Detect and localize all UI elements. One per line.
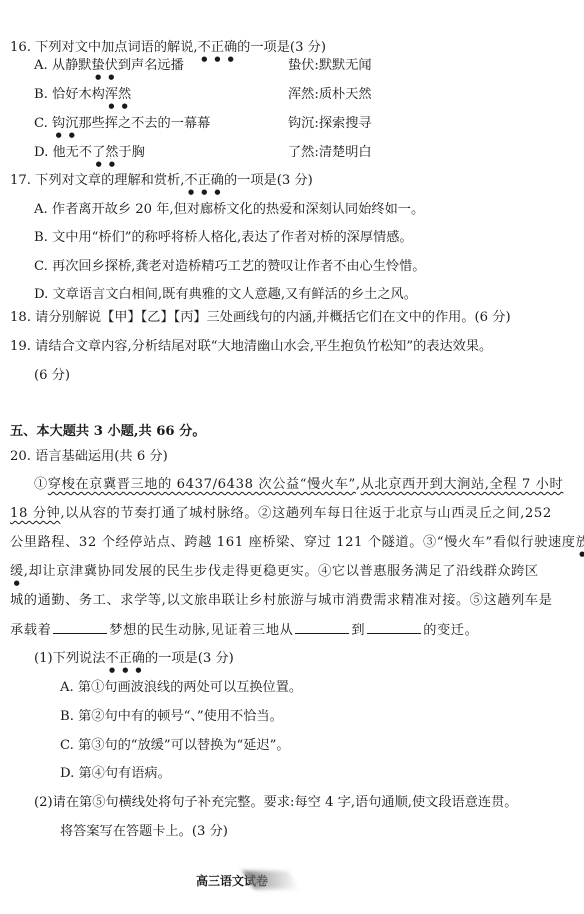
q16-option-b: B. 恰好木构浑然 [34, 86, 131, 110]
sub1-stem-pre: (1)下列说法 [34, 651, 105, 666]
q16-option-a-explain: 蛰伏:默默无闻 [288, 57, 372, 75]
q20-passage-line-4: 缓,却让京津冀协同发展的民生步伐走得更稳更实。④它以普惠服务满足了沿线群众跨区 [10, 563, 539, 587]
q16-option-d-explain: 了然:清楚明白 [288, 144, 372, 162]
q19-points: (6 分) [34, 367, 70, 385]
q16-option-b-explain: 浑然:质朴天然 [288, 86, 372, 104]
q20-passage-line-2: 18 分钟,以从容的节奏打通了城村脉络。②这趟列车每日往返于北京与山西灵丘之间,… [10, 505, 552, 523]
q20-sub1-stem: (1)下列说法不正确的一项是(3 分) [34, 650, 234, 674]
q20-sub1-option-c: C. 第③句的“放缓”可以替换为“延迟”。 [60, 737, 290, 755]
q17-option-d: D. 文章语言文白相间,既有典雅的文人意趣,又有鲜活的乡土之风。 [34, 286, 417, 304]
answer-blank-3 [367, 620, 421, 634]
q20-sub1-option-d: D. 第④句有语病。 [60, 765, 171, 783]
q20-passage-line-6: 承载着梦想的民生动脉,见证着三地从到的变迁。 [10, 620, 478, 640]
q16-option-a: A. 从静默蛰伏到声名远播 [34, 57, 184, 81]
wavy-underlined-phrase-2-cont: 18 分钟 [10, 506, 60, 521]
sub1-stem-emphasis: 不正确 [105, 651, 145, 666]
q17-stem-emphasis: 不正确 [184, 173, 224, 188]
q17-stem-pre: 17. 下列对文章的理解和赏析, [10, 173, 184, 188]
q16-option-d: D. 他无不了然于胸 [34, 144, 145, 168]
emphasis-char: 放 [576, 535, 584, 550]
q17-option-a: A. 作者离开故乡 20 年,但对廊桥文化的热爱和深刻认同始终如一。 [34, 201, 424, 219]
q20-passage-line-5: 城的通勤、务工、求学等,以文旅串联让乡村旅游与城市消费需求精准对接。⑤这趟列车是 [10, 592, 553, 610]
passage-text: 的变迁。 [423, 623, 478, 638]
q20-sub1-option-a: A. 第①句画波浪线的两处可以互换位置。 [60, 679, 302, 697]
q20-sub2-instruction: 将答案写在答题卡上。(3 分) [60, 823, 228, 841]
option-emphasis: 蛰伏 [91, 58, 117, 73]
passage-text: 梦想的民生动脉,见证着三地从 [109, 623, 293, 638]
option-emphasis: 钩沉 [52, 116, 78, 131]
q17-option-c: C. 再次回乡探桥,龚老对造桥精巧工艺的赞叹让作者不由心生怜惜。 [34, 258, 425, 276]
q20-passage-line-3: 公里路程、32 个经停站点、跨越 161 座桥梁、穿过 121 个隧道。③“慢火… [10, 534, 584, 558]
q20-sub2-stem: (2)请在第⑤句横线处将句子补充完整。要求:每空 4 字,语句通顺,使文段语意连… [34, 794, 517, 812]
q16-stem-post: 的一项是(3 分) [237, 40, 326, 55]
passage-text: ,以从容的节奏打通了城村脉络。②这趟列车每日往返于北京与山西灵丘之间,252 [60, 506, 552, 521]
emphasis-char: 缓 [10, 564, 24, 579]
wavy-underlined-phrase-1: 穿梭在京冀晋三地的 6437/6438 次公益“慢火车” [48, 477, 356, 492]
option-emphasis: 了然 [92, 145, 118, 160]
section-5-heading: 五、本大题共 3 小题,共 66 分。 [10, 423, 206, 441]
scan-smudge [243, 871, 299, 889]
q20-sub1-option-b: B. 第②句中有的顿号“、”使用不恰当。 [60, 708, 283, 726]
q20-title: 20. 语言基础运用(共 6 分) [10, 448, 168, 466]
passage-text: 到 [351, 623, 365, 638]
option-text: A. 从静默 [34, 58, 91, 73]
passage-text: 公里路程、32 个经停站点、跨越 161 座桥梁、穿过 121 个隧道。③“慢火… [10, 535, 576, 550]
q17-stem-post: 的一项是(3 分) [224, 173, 313, 188]
option-emphasis: 浑然 [105, 87, 131, 102]
sub1-stem-post: 的一项是(3 分) [145, 651, 234, 666]
option-text: 于胸 [118, 145, 144, 160]
q17-option-b: B. 文中用“桥们”的称呼将桥人格化,表达了作者对桥的深厚情感。 [34, 229, 413, 247]
q18-stem: 18. 请分别解说【甲】【乙】【丙】三处画线句的内涵,并概括它们在文中的作用。(… [10, 309, 511, 327]
q16-stem-emphasis: 不正确 [198, 40, 238, 55]
q16-option-c: C. 钩沉那些挥之不去的一幕幕 [34, 115, 210, 139]
answer-blank-1 [53, 620, 107, 634]
option-text: C. [34, 116, 52, 131]
answer-blank-2 [295, 620, 349, 634]
wavy-underlined-phrase-2: 从北京西开到大涧站,全程 7 小时 [361, 477, 564, 492]
option-text: D. 他无不 [34, 145, 92, 160]
q17-stem: 17. 下列对文章的理解和赏析,不正确的一项是(3 分) [10, 172, 313, 196]
q16-option-c-explain: 钩沉:探索搜寻 [288, 115, 372, 133]
option-text: 到声名远播 [118, 58, 184, 73]
sentence-marker: ① [34, 477, 48, 492]
option-text: 那些挥之不去的一幕幕 [78, 116, 210, 131]
q20-passage-line-1: ①穿梭在京冀晋三地的 6437/6438 次公益“慢火车”,从北京西开到大涧站,… [34, 476, 563, 494]
passage-text: ,却让京津冀协同发展的民生步伐走得更稳更实。④它以普惠服务满足了沿线群众跨区 [24, 564, 539, 579]
passage-text: 承载着 [10, 623, 51, 638]
q19-stem: 19. 请结合文章内容,分析结尾对联“大地清幽山水会,平生抱负竹松知”的表达效果… [10, 338, 492, 356]
q16-stem-pre: 16. 下列对文中加点词语的解说, [10, 40, 198, 55]
option-text: B. 恰好木构 [34, 87, 105, 102]
